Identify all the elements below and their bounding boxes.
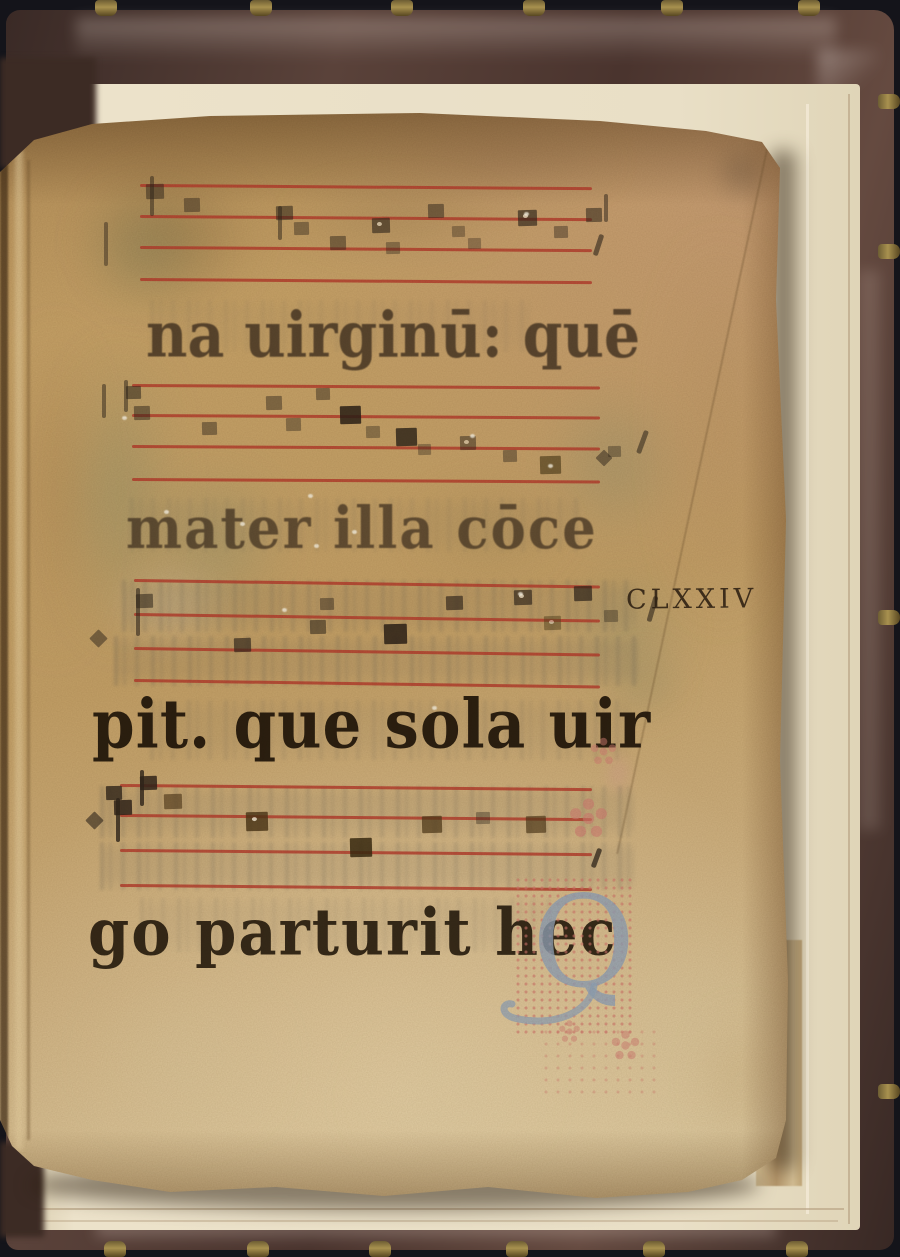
brass-nail: [247, 1241, 269, 1257]
brass-nail: [878, 94, 900, 109]
page-edge-line: [38, 1220, 838, 1222]
brass-nail: [798, 0, 820, 16]
brass-nail: [643, 1241, 665, 1257]
brass-nail: [786, 1241, 808, 1257]
brass-nail: [661, 0, 683, 16]
leather-highlight: [76, 18, 836, 60]
brass-nail: [369, 1241, 391, 1257]
brass-nail: [878, 244, 900, 259]
brass-nail: [506, 1241, 528, 1257]
photo-vignette: [0, 100, 900, 1257]
brass-nail: [523, 0, 545, 16]
brass-nail: [250, 0, 272, 16]
manuscript-photo: na uirginū: quē mater illa cōce pit. que…: [0, 0, 900, 1257]
brass-nail: [878, 1084, 900, 1099]
leather-highlight: [858, 270, 880, 830]
brass-nail: [391, 0, 413, 16]
page-edge-line: [806, 104, 809, 1214]
brass-nail: [878, 610, 900, 625]
parchment-leaf: na uirginū: quē mater illa cōce pit. que…: [0, 0, 900, 1257]
page-edge-line: [848, 94, 850, 1224]
brass-nail: [95, 0, 117, 16]
brass-nail: [104, 1241, 126, 1257]
